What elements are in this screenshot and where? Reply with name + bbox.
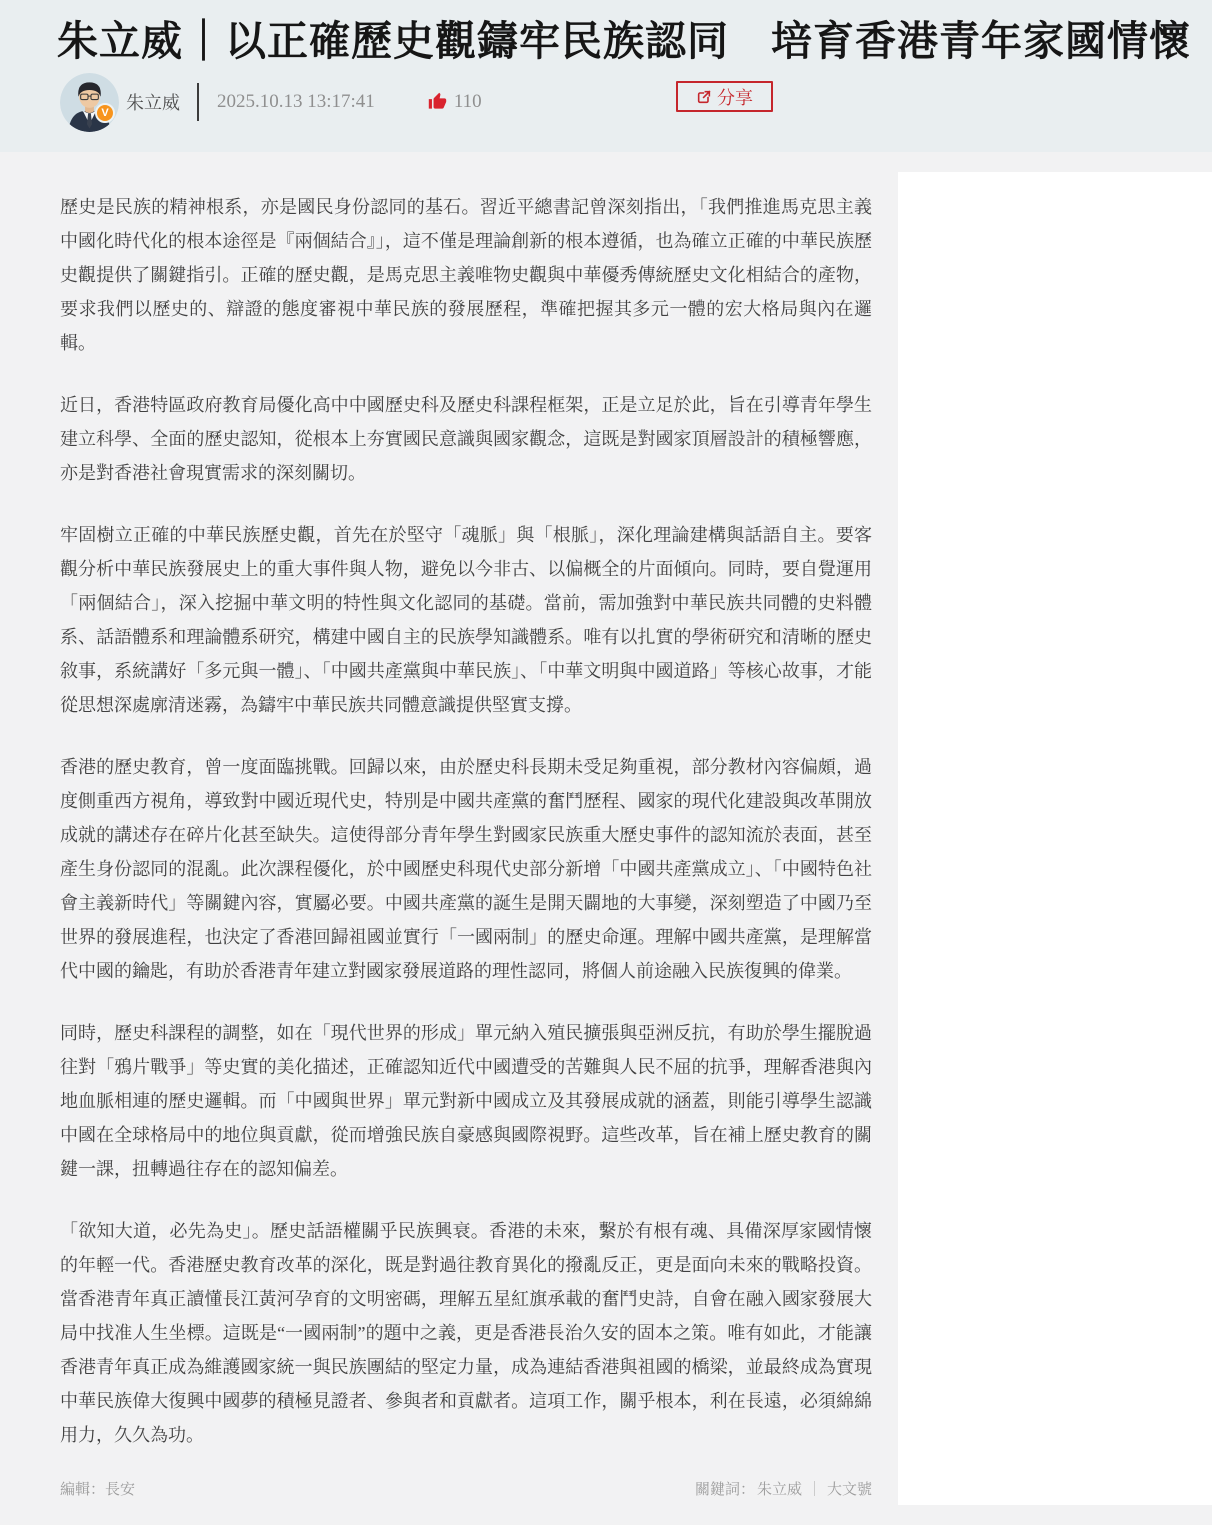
publish-time: 2025.10.13 13:17:41 [217,91,375,113]
share-icon [696,89,712,105]
author-avatar[interactable]: V [60,73,119,132]
share-button[interactable]: 分享 [676,81,773,112]
article-paragraph: 歷史是民族的精神根系，亦是國民身份認同的基石。習近平總書記曾深刻指出，「我們推進… [60,190,872,360]
author-name[interactable]: 朱立威 [126,89,180,115]
keyword-link-author[interactable]: 朱立威 [757,1478,802,1499]
keyword-link-channel[interactable]: 大文號 [827,1478,872,1499]
verified-badge-icon: V [95,103,115,123]
author-portrait-photo [60,73,119,132]
like-button[interactable]: 110 [428,91,482,113]
article-paragraph: 同時，歷史科課程的調整，如在「現代世界的形成」單元納入殖民擴張與亞洲反抗，有助於… [60,1016,872,1186]
article-paragraph: 牢固樹立正確的中華民族歷史觀，首先在於堅守「魂脈」與「根脈」，深化理論建構與話語… [60,518,872,722]
thumb-up-icon [428,92,447,111]
keyword-divider: ｜ [807,1478,822,1499]
right-side-panel [898,172,1212,1505]
keywords-prefix: 關鍵詞： [695,1478,755,1499]
editor-credit: 編輯：長安 [60,1478,135,1499]
author-name-divider [197,83,199,121]
article-title: 朱立威｜以正確歷史觀鑄牢民族認同 培育香港青年家國情懷 [57,8,1191,67]
like-count: 110 [454,91,482,113]
share-label: 分享 [717,84,753,110]
author-row: V 朱立威 2025.10.13 13:17:41 110 [60,72,482,132]
article-footer: 編輯：長安 關鍵詞： 朱立威 ｜ 大文號 [60,1478,872,1499]
article-paragraph: 近日，香港特區政府教育局優化高中中國歷史科及歷史科課程框架，正是立足於此，旨在引… [60,388,872,490]
article-paragraph: 「欲知大道，必先為史」。歷史話語權關乎民族興衰。香港的未來，繫於有根有魂、具備深… [60,1214,872,1452]
article-paragraph: 香港的歷史教育，曾一度面臨挑戰。回歸以來，由於歷史科長期未受足夠重視，部分教材內… [60,750,872,988]
keywords: 關鍵詞： 朱立威 ｜ 大文號 [695,1478,872,1499]
article-body: 歷史是民族的精神根系，亦是國民身份認同的基石。習近平總書記曾深刻指出，「我們推進… [60,190,872,1480]
article-page: 朱立威｜以正確歷史觀鑄牢民族認同 培育香港青年家國情懷 [0,0,1212,1525]
article-header: 朱立威｜以正確歷史觀鑄牢民族認同 培育香港青年家國情懷 [0,0,1212,152]
